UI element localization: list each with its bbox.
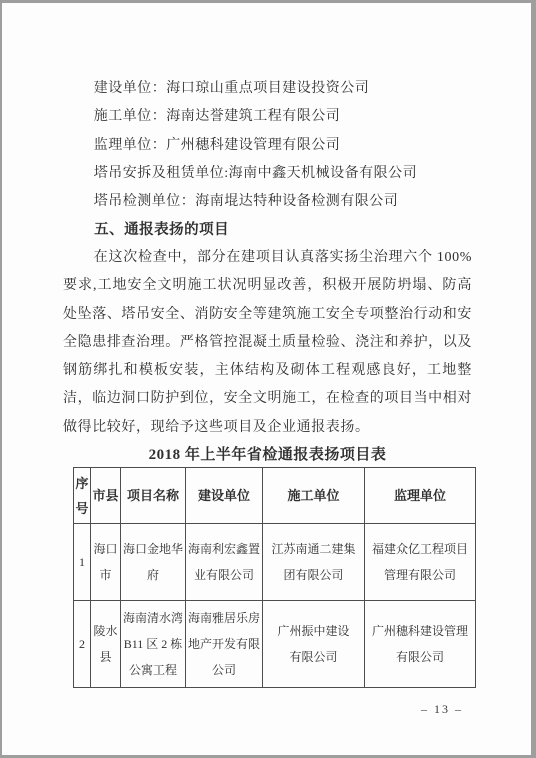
header-city-county: 市县 [91,468,121,524]
unit-line-crane-inspection: 塔吊检测单位：海南堒达特种设备检测有限公司 [63,188,472,216]
cell-city-county: 海口 市 [91,524,121,601]
unit-line-contractor: 施工单位：海南达誉建筑工程有限公司 [63,103,472,131]
unit-line-supervision: 监理单位：广州穗科建设管理有限公司 [63,132,472,160]
section-heading: 五、通报表扬的项目 [63,216,472,244]
table-title: 2018 年上半年省检通报表扬项目表 [63,444,472,466]
table-header-row: 序 号 市县 项目名称 建设单位 施工单位 监理单位 [74,468,476,524]
unit-line-crane-rental: 塔吊安拆及租赁单位:海南中鑫天机械设备有限公司 [63,160,472,188]
cell-construction-unit: 海南雅居乐房 地产开发有限 公司 [186,601,263,688]
cell-city-county: 陵水 县 [91,601,121,688]
cell-serial: 2 [74,601,91,688]
unit-list: 建设单位：海口琼山重点项目建设投资公司 施工单位：海南达誉建筑工程有限公司 监理… [63,75,472,216]
table-row: 1 海口 市 海口金地华 府 海南利宏鑫置 业有限公司 江苏南通二建集 团有限公… [74,524,476,601]
cell-contractor-unit: 江苏南通二建集 团有限公司 [263,524,365,601]
commended-projects-table: 序 号 市县 项目名称 建设单位 施工单位 监理单位 1 海口 市 海口金地华 … [73,467,476,688]
header-contractor-unit: 施工单位 [263,468,365,524]
cell-construction-unit: 海南利宏鑫置 业有限公司 [186,524,263,601]
cell-serial: 1 [74,524,91,601]
table-row: 2 陵水 县 海南清水湾 B11 区 2 栋 公寓工程 海南雅居乐房 地产开发有… [74,601,476,688]
page-number: – 13 – [421,702,463,717]
cell-project-name: 海南清水湾 B11 区 2 栋 公寓工程 [121,601,186,688]
header-project-name: 项目名称 [121,468,186,524]
document-page: 建设单位：海口琼山重点项目建设投资公司 施工单位：海南达誉建筑工程有限公司 监理… [0,0,536,758]
header-serial-number: 序 号 [74,468,91,524]
unit-line-construction: 建设单位：海口琼山重点项目建设投资公司 [63,75,472,103]
cell-supervision-unit: 福建众亿工程项目 管理有限公司 [365,524,476,601]
cell-supervision-unit: 广州穗科建设管理 有限公司 [365,601,476,688]
cell-project-name: 海口金地华 府 [121,524,186,601]
cell-contractor-unit: 广州振中建设 有限公司 [263,601,365,688]
header-construction-unit: 建设单位 [186,468,263,524]
header-supervision-unit: 监理单位 [365,468,476,524]
body-paragraph: 在这次检查中，部分在建项目认真落实扬尘治理六个 100%要求,工地安全文明施工状… [63,244,472,442]
